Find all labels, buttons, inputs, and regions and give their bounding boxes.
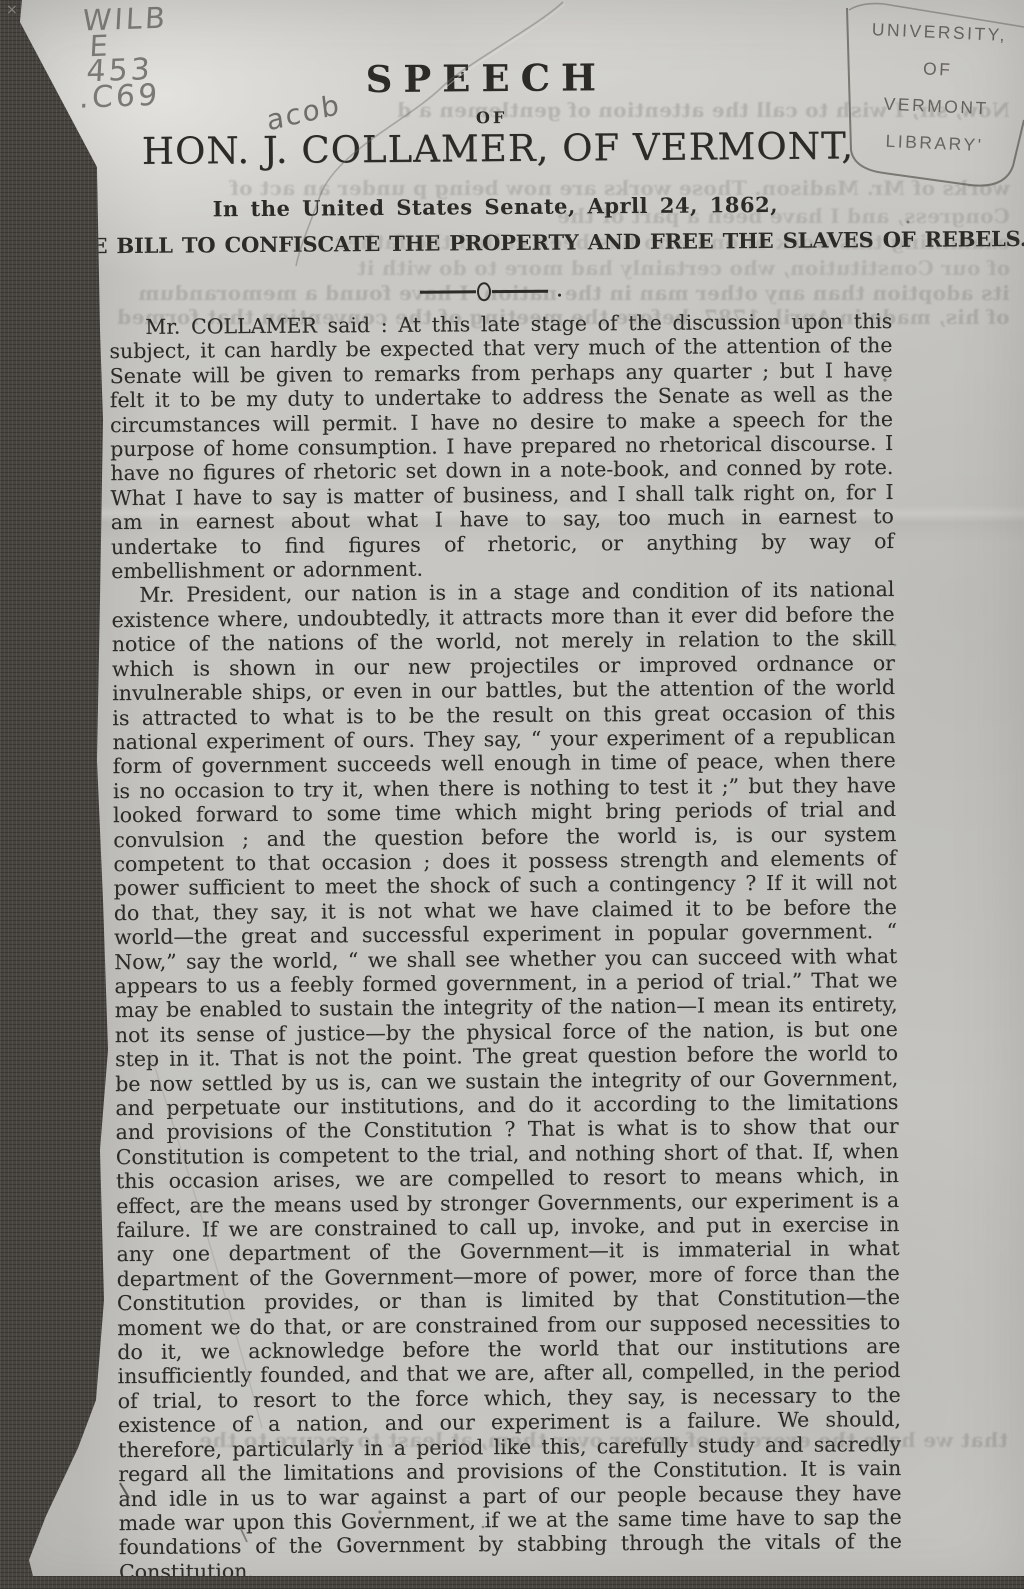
scanned-page: × Now, sir, I wish to call the attention… — [0, 0, 1024, 1589]
crease-line — [150, 1052, 262, 1428]
stamp-border — [847, 8, 1024, 186]
speck — [894, 644, 897, 647]
speck — [907, 221, 910, 224]
ink-mark — [240, 1527, 247, 1542]
speck — [482, 1526, 485, 1529]
crease-line — [296, 2, 563, 266]
scan-artifacts — [0, 0, 1024, 1589]
cloth-scuff-mark: × — [6, 2, 18, 18]
speck — [378, 1510, 381, 1513]
crease-highlight — [443, 4, 565, 90]
paper-sheet: Now, sir, I wish to call the attention o… — [0, 0, 1024, 1589]
speck — [883, 378, 886, 381]
ink-mark — [120, 1483, 129, 1498]
stamp-border — [849, 4, 1024, 27]
